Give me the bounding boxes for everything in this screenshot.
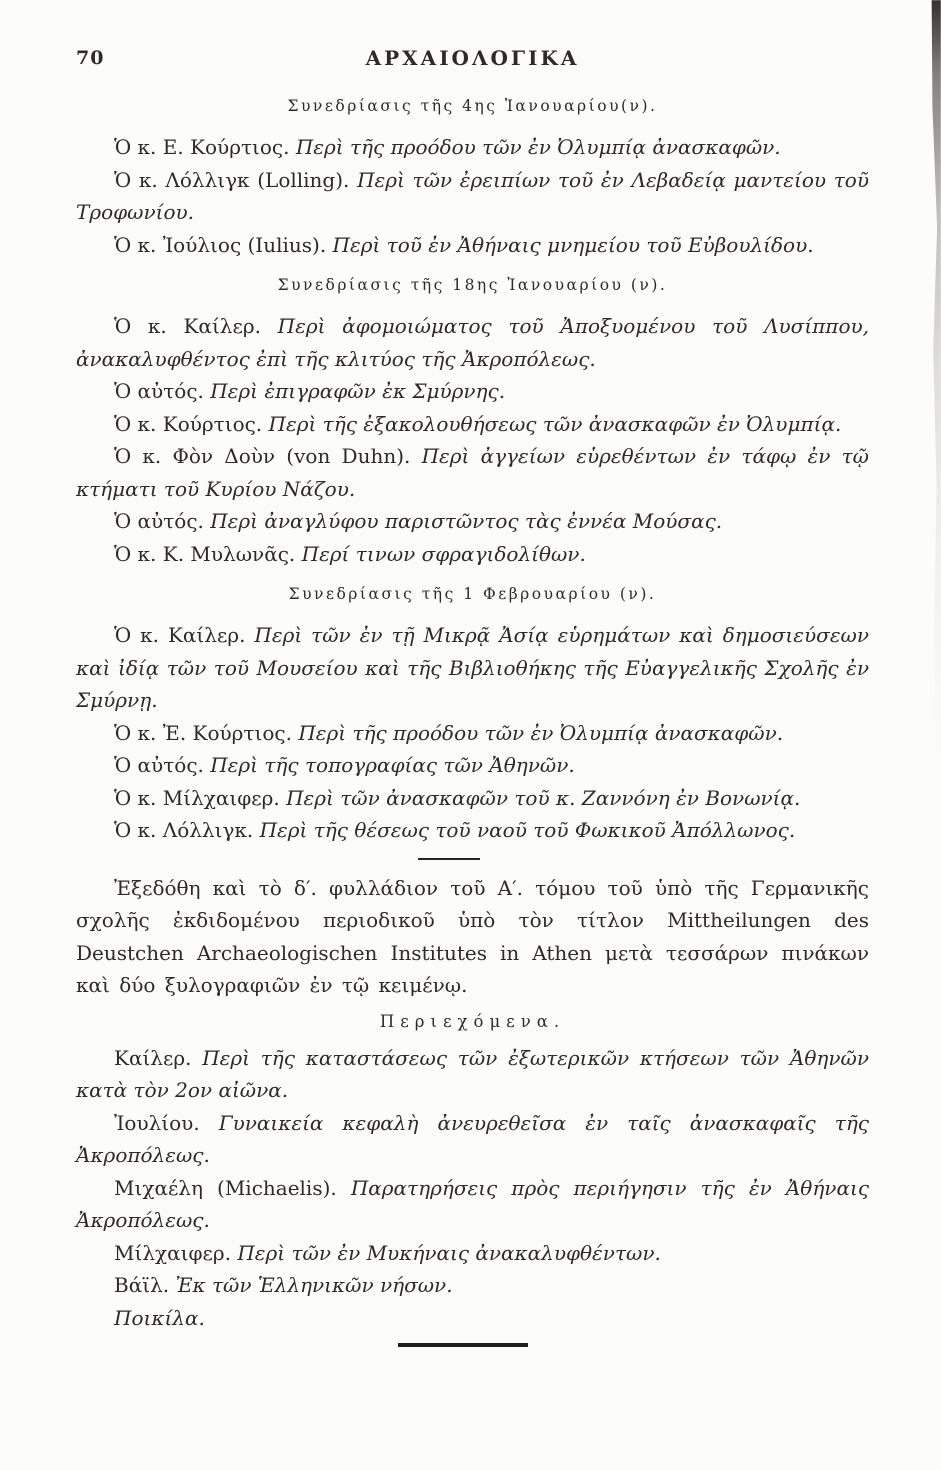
end-of-page-rule <box>398 1343 528 1347</box>
page-content: 70 ΑΡΧΑΙΟΛΟΓΙΚΑ Συνεδρίασις τῆς 4ης Ἰανο… <box>0 0 941 1347</box>
session-entry: Ὁ κ. Λόλλιγκ. Περὶ τῆς θέσεως τοῦ ναοῦ τ… <box>76 814 869 847</box>
announcement-paragraph: Ἐξεδόθη καὶ τὸ δ′. φυλλάδιον τοῦ Α′. τόμ… <box>76 872 869 1002</box>
entry-title: Περὶ τῆς ἐξακολουθήσεως τῶν ἀνασκαφῶν ἐν… <box>269 412 842 436</box>
session-entry: Ὁ κ. Κ. Μυλωνᾶς. Περί τινων σφραγιδολίθω… <box>76 538 869 571</box>
speaker-name: Ὁ αὐτός. <box>114 753 204 777</box>
session-entry: Ὁ αὐτός. Περὶ ἐπιγραφῶν ἐκ Σμύρνης. <box>76 375 869 408</box>
session-entry: Ὁ κ. Καίλερ. Περὶ τῶν ἐν τῇ Μικρᾷ Ἀσίᾳ ε… <box>76 619 869 717</box>
session-heading-jan18: Συνεδρίασις τῆς 18ης Ἰανουαρίου (ν). <box>76 273 869 297</box>
entry-title: Περὶ τῶν ἀνασκαφῶν τοῦ κ. Ζαννόνη ἐν Βον… <box>286 786 800 810</box>
article-title: Ποικίλα. <box>114 1306 205 1330</box>
article-title: Περὶ τῶν ἐν Μυκήναις ἀνακαλυφθέντων. <box>237 1241 661 1265</box>
speaker-name: Ὁ κ. Καίλερ. <box>114 623 245 647</box>
session-entry: Ὁ κ. Ἰούλιος (Iulius). Περὶ τοῦ ἐν Ἀθήνα… <box>76 229 869 262</box>
author-name: Καίλερ. <box>114 1046 191 1070</box>
session-entry: Ὁ αὐτός. Περὶ τῆς τοπογραφίας τῶν Ἀθηνῶν… <box>76 749 869 782</box>
contents-item: Μιχαέλη (Michaelis). Παρατηρήσεις πρὸς π… <box>76 1172 869 1237</box>
session-heading-jan4: Συνεδρίασις τῆς 4ης Ἰανουαρίου(ν). <box>76 94 869 118</box>
speaker-name: Ὁ κ. Λόλλιγκ. <box>114 818 253 842</box>
scanned-journal-page: 70 ΑΡΧΑΙΟΛΟΓΙΚΑ Συνεδρίασις τῆς 4ης Ἰανο… <box>0 0 941 1470</box>
entry-title: Περὶ ἀναγλύφου παριστῶντος τὰς ἐννέα Μού… <box>210 509 722 533</box>
session-entry: Ὁ κ. Καίλερ. Περὶ ἀφομοιώματος τοῦ Ἀποξυ… <box>76 310 869 375</box>
session-entry: Ὁ κ. Λόλλιγκ (Lolling). Περὶ τῶν ἐρειπίω… <box>76 164 869 229</box>
contents-item: Μίλχαιφερ. Περὶ τῶν ἐν Μυκήναις ἀνακαλυφ… <box>76 1237 869 1270</box>
entry-title: Περὶ ἐπιγραφῶν ἐκ Σμύρνης. <box>210 379 505 403</box>
page-header: 70 ΑΡΧΑΙΟΛΟΓΙΚΑ <box>76 42 869 68</box>
speaker-name: Ὁ κ. Ἰούλιος (Iulius). <box>114 233 326 257</box>
session-entry: Ὁ κ. Ἐ. Κούρτιος. Περὶ τῆς προόδου τῶν ἐ… <box>76 717 869 750</box>
session-heading-feb1: Συνεδρίασις τῆς 1 Φεβρουαρίου (ν). <box>76 582 869 606</box>
entry-title: Περὶ τῆς τοπογραφίας τῶν Ἀθηνῶν. <box>210 753 575 777</box>
session-entry: Ὁ αὐτός. Περὶ ἀναγλύφου παριστῶντος τὰς … <box>76 505 869 538</box>
entry-title: Περὶ τῆς προόδου τῶν ἐν Ὀλυμπίᾳ ἀνασκαφῶ… <box>296 135 781 159</box>
contents-heading: Περιεχόμενα. <box>76 1009 869 1035</box>
page-number: 70 <box>76 42 104 75</box>
page-title: ΑΡΧΑΙΟΛΟΓΙΚΑ <box>76 42 869 75</box>
contents-item: Ἰουλίου. Γυναικεία κεφαλὴ ἀνευρεθεῖσα ἐν… <box>76 1107 869 1172</box>
speaker-name: Ὁ κ. Ἐ. Κούρτιος. <box>114 721 292 745</box>
author-name: Βάϊλ. <box>114 1273 169 1297</box>
entry-title: Περὶ τοῦ ἐν Ἀθήναις μνημείου τοῦ Εὐβουλί… <box>333 233 814 257</box>
speaker-name: Ὁ κ. Κ. Μυλωνᾶς. <box>114 542 295 566</box>
article-title: Περὶ τῆς καταστάσεως τῶν ἐξωτερικῶν κτήσ… <box>76 1046 869 1103</box>
author-name: Ἰουλίου. <box>114 1111 200 1135</box>
speaker-name: Ὁ κ. Λόλλιγκ (Lolling). <box>114 168 349 192</box>
speaker-name: Ὁ κ. Φὸν Δοὺν (von Duhn). <box>114 444 410 468</box>
entry-title: Περὶ τῆς προόδου τῶν ἐν Ὀλυμπίᾳ ἀνασκαφῶ… <box>298 721 783 745</box>
speaker-name: Ὁ κ. Καίλερ. <box>114 314 261 338</box>
section-divider-rule <box>418 858 480 860</box>
contents-item: Ποικίλα. <box>76 1302 869 1335</box>
session-entry: Ὁ κ. Φὸν Δοὺν (von Duhn). Περὶ ἀγγείων ε… <box>76 440 869 505</box>
contents-item: Βάϊλ. Ἐκ τῶν Ἑλληνικῶν νήσων. <box>76 1269 869 1302</box>
speaker-name: Ὁ κ. Μίλχαιφερ. <box>114 786 280 810</box>
session-entry: Ὁ κ. Μίλχαιφερ. Περὶ τῶν ἀνασκαφῶν τοῦ κ… <box>76 782 869 815</box>
article-title: Ἐκ τῶν Ἑλληνικῶν νήσων. <box>175 1273 452 1297</box>
speaker-name: Ὁ αὐτός. <box>114 379 204 403</box>
entry-title: Περί τινων σφραγιδολίθων. <box>302 542 586 566</box>
speaker-name: Ὁ αὐτός. <box>114 509 204 533</box>
entry-title: Περὶ τῆς θέσεως τοῦ ναοῦ τοῦ Φωκικοῦ Ἀπό… <box>260 818 796 842</box>
speaker-name: Ὁ κ. Ε. Κούρτιος. <box>114 135 289 159</box>
session-entry: Ὁ κ. Κούρτιος. Περὶ τῆς ἐξακολουθήσεως τ… <box>76 408 869 441</box>
session-entry: Ὁ κ. Ε. Κούρτιος. Περὶ τῆς προόδου τῶν ἐ… <box>76 131 869 164</box>
speaker-name: Ὁ κ. Κούρτιος. <box>114 412 262 436</box>
author-name: Μίλχαιφερ. <box>114 1241 231 1265</box>
contents-item: Καίλερ. Περὶ τῆς καταστάσεως τῶν ἐξωτερι… <box>76 1042 869 1107</box>
author-name: Μιχαέλη (Michaelis). <box>114 1176 337 1200</box>
